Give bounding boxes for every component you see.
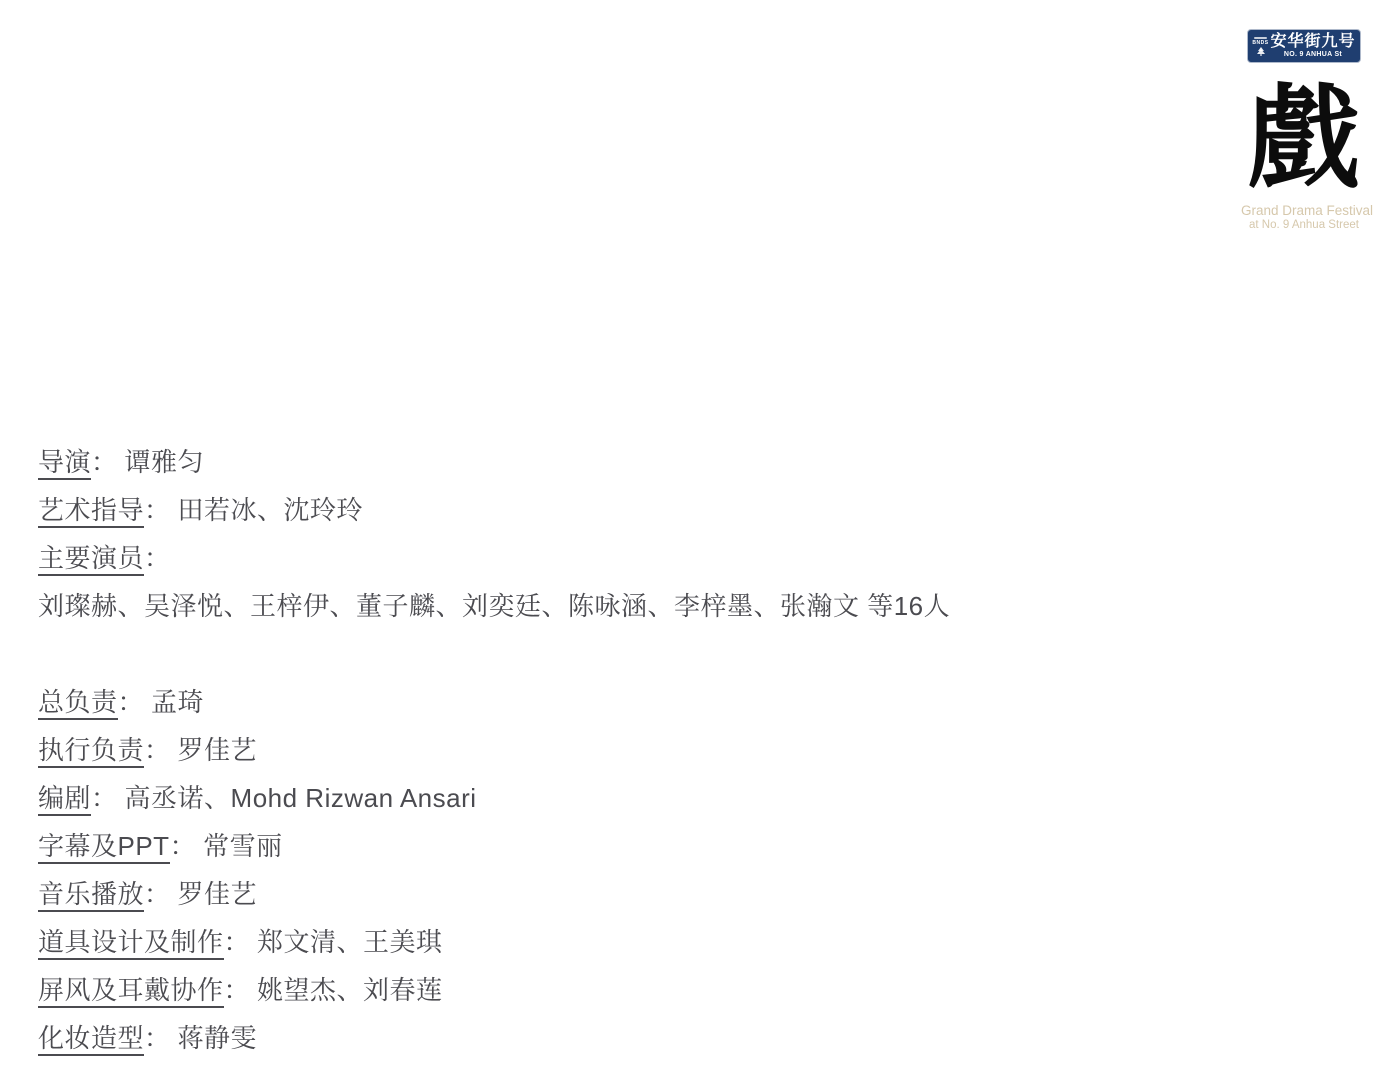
- credit-value: 罗佳艺: [178, 735, 258, 765]
- credit-colon: ：: [144, 735, 171, 765]
- badge-text: 安华街九号 NO. 9 ANHUA St: [1270, 33, 1356, 59]
- credit-value: 蒋静雯: [178, 1023, 258, 1053]
- credit-label: 编剧: [38, 783, 91, 816]
- credit-row: 字幕及PPT：常雪丽: [38, 822, 950, 870]
- street-sign-badge: BNDS 安华街九号 NO. 9 ANHUA St: [1247, 29, 1361, 63]
- credit-value: 刘璨赫、吴泽悦、王梓伊、董子麟、刘奕廷、陈咏涵、李梓墨、张瀚文 等16人: [38, 591, 950, 621]
- credit-row: 屏风及耳戴协作：姚望杰、刘春莲: [38, 966, 950, 1014]
- emblem-top-text: [1254, 37, 1267, 39]
- credit-row: 主要演员：: [38, 534, 950, 582]
- credit-value: 罗佳艺: [178, 879, 258, 909]
- credit-colon: ：: [144, 495, 171, 525]
- credit-row: 音乐播放：罗佳艺: [38, 870, 950, 918]
- credit-colon: ：: [224, 927, 251, 957]
- credit-row: 艺术指导：田若冰、沈玲玲: [38, 486, 950, 534]
- credit-colon: ：: [224, 975, 251, 1005]
- credit-row: 执行负责：罗佳艺: [38, 726, 950, 774]
- festival-logo: BNDS 安华街九号 NO. 9 ANHUA St 戲 Grand Drama …: [1241, 29, 1367, 231]
- credit-colon: ：: [91, 783, 118, 813]
- credit-label: 字幕及PPT: [38, 831, 170, 864]
- logo-caption-line2: at No. 9 Anhua Street: [1241, 219, 1367, 231]
- credit-value: 孟琦: [151, 687, 204, 717]
- credit-colon: ：: [170, 831, 197, 861]
- credit-colon: ：: [118, 687, 145, 717]
- credit-colon: ：: [144, 1023, 171, 1053]
- logo-caption: Grand Drama Festival at No. 9 Anhua Stre…: [1241, 203, 1367, 231]
- credit-colon: ：: [144, 543, 171, 573]
- credit-row: 编剧：高丞诺、Mohd Rizwan Ansari: [38, 774, 950, 822]
- credit-label: 音乐播放: [38, 879, 144, 912]
- credit-value: 姚望杰、刘春莲: [257, 975, 443, 1005]
- badge-subtitle-en: NO. 9 ANHUA St: [1270, 51, 1356, 59]
- credit-value: 谭雅匀: [125, 447, 205, 477]
- credit-colon: ：: [144, 879, 171, 909]
- credit-label: 屏风及耳戴协作: [38, 975, 224, 1008]
- school-emblem: BNDS: [1251, 37, 1270, 56]
- credit-row: 化妆造型：蒋静雯: [38, 1014, 950, 1062]
- credits-list: 导演：谭雅匀艺术指导：田若冰、沈玲玲主要演员：刘璨赫、吴泽悦、王梓伊、董子麟、刘…: [38, 438, 950, 1062]
- emblem-bnds-text: BNDS: [1252, 40, 1268, 46]
- credit-row: 刘璨赫、吴泽悦、王梓伊、董子麟、刘奕廷、陈咏涵、李梓墨、张瀚文 等16人: [38, 582, 950, 630]
- credit-value: 高丞诺、Mohd Rizwan Ansari: [125, 783, 477, 813]
- tree-icon: [1257, 47, 1265, 56]
- credit-label: 道具设计及制作: [38, 927, 224, 960]
- credit-label: 艺术指导: [38, 495, 144, 528]
- credit-value: 常雪丽: [203, 831, 283, 861]
- credit-value: 田若冰、沈玲玲: [178, 495, 364, 525]
- credit-row: 道具设计及制作：郑文清、王美琪: [38, 918, 950, 966]
- credit-row: 导演：谭雅匀: [38, 438, 950, 486]
- credit-label: 总负责: [38, 687, 118, 720]
- credit-label: 主要演员: [38, 543, 144, 576]
- logo-caption-line1: Grand Drama Festival: [1241, 203, 1367, 218]
- credit-group-1: 导演：谭雅匀艺术指导：田若冰、沈玲玲主要演员：刘璨赫、吴泽悦、王梓伊、董子麟、刘…: [38, 438, 950, 630]
- credit-group-2: 总负责：孟琦执行负责：罗佳艺编剧：高丞诺、Mohd Rizwan Ansari字…: [38, 678, 950, 1062]
- credit-row: 总负责：孟琦: [38, 678, 950, 726]
- credit-label: 执行负责: [38, 735, 144, 768]
- drama-character-calligraphy: 戲: [1241, 81, 1367, 199]
- credit-label: 导演: [38, 447, 91, 480]
- credit-label: 化妆造型: [38, 1023, 144, 1056]
- badge-title-cn: 安华街九号: [1270, 33, 1356, 50]
- credit-colon: ：: [91, 447, 118, 477]
- credit-value: 郑文清、王美琪: [257, 927, 443, 957]
